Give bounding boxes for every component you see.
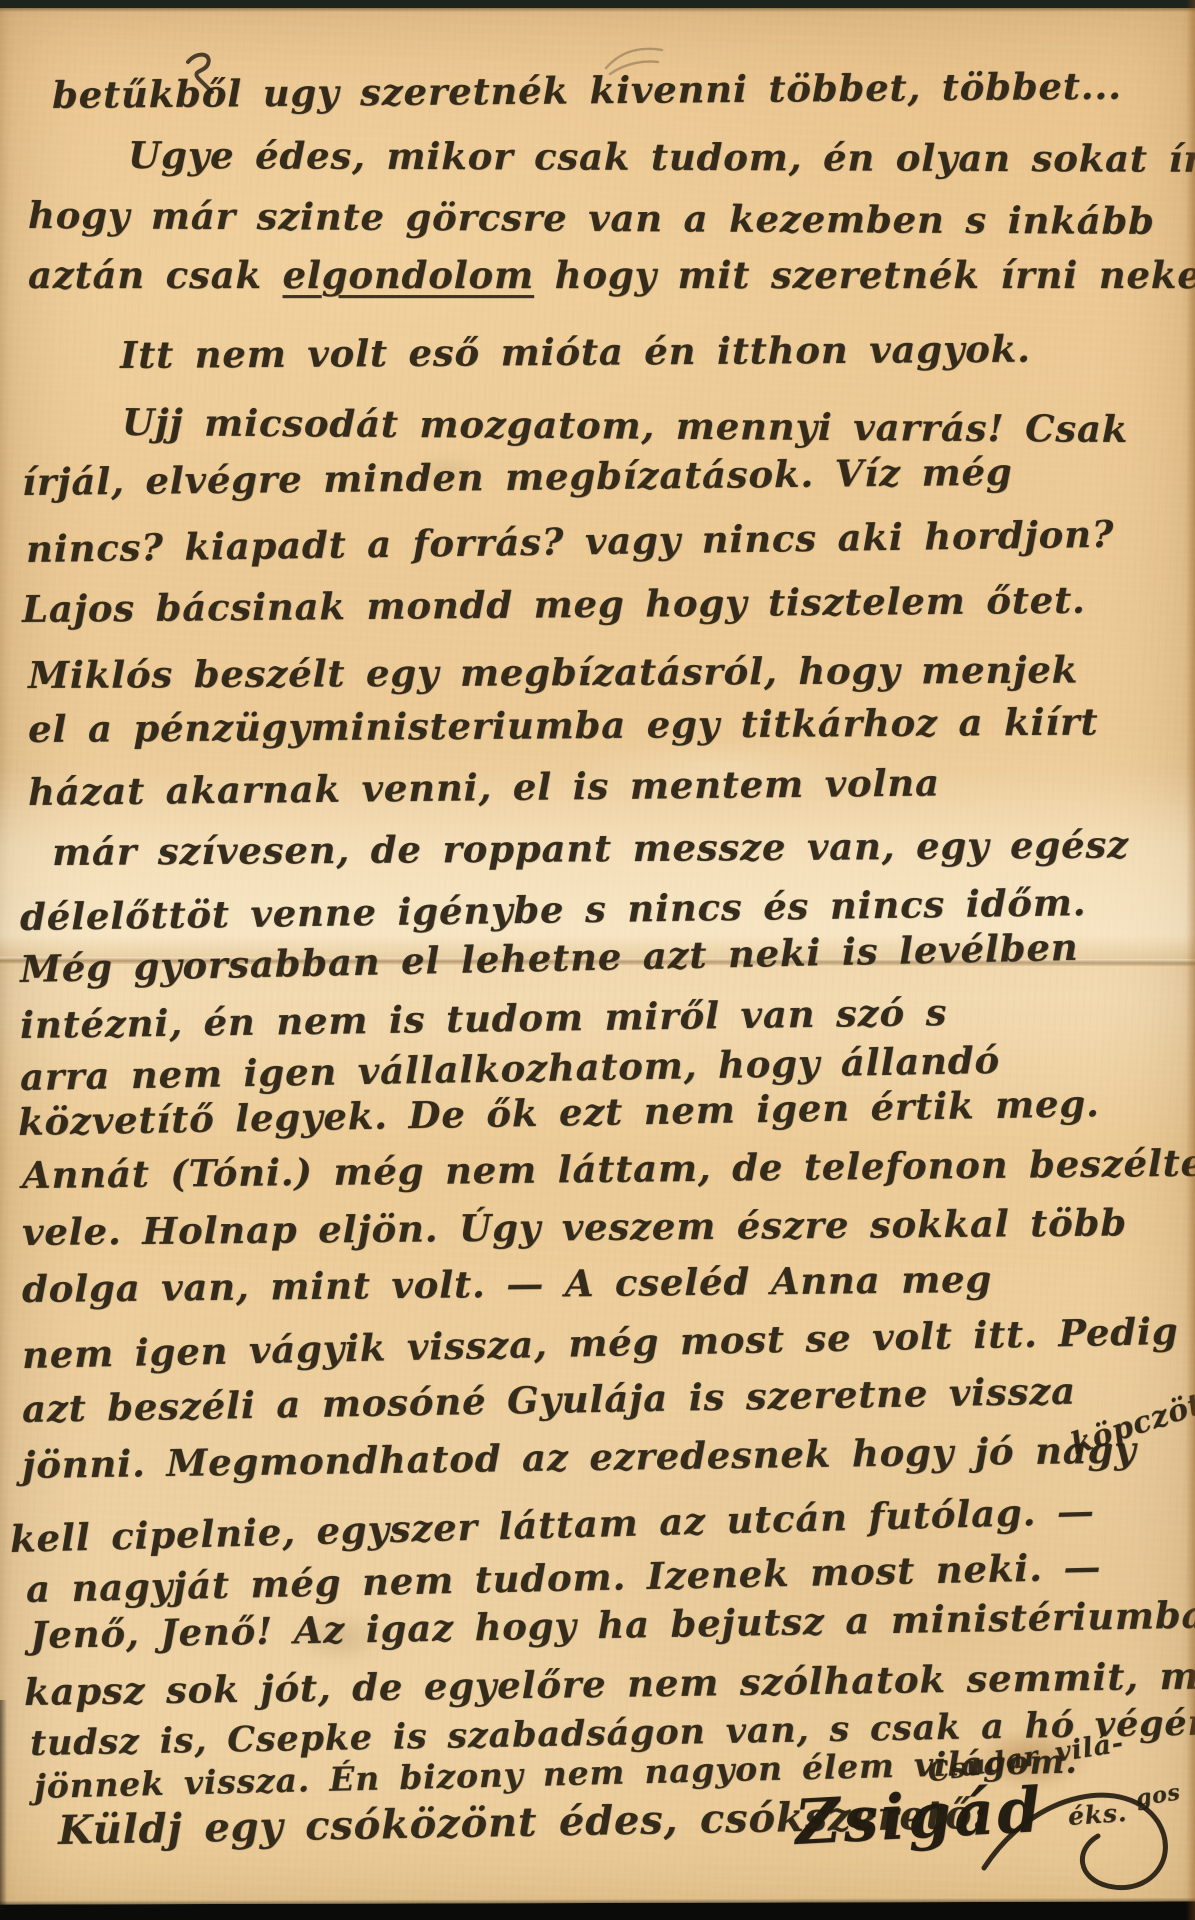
handwriting-line: írjál, elvégre minden megbízatások. Víz … [22, 450, 1013, 504]
scan-edge-left [0, 1700, 7, 1910]
handwriting-line: betűkből ugy szeretnék kivenni többet, t… [52, 64, 1122, 117]
handwriting-line: intézni, én nem is tudom miről van szó s [20, 990, 948, 1047]
handwriting-line: Lajos bácsinak mondd meg hogy tisztelem … [22, 578, 1086, 631]
scan-edge-top [0, 0, 1195, 8]
handwriting-line: Itt nem volt eső mióta én itthon vagyok. [120, 327, 1031, 377]
handwriting-line: azt beszéli a mosóné Gyulája is szeretne… [22, 1369, 1077, 1431]
scan-edge-bottom [0, 1901, 1195, 1920]
letter-page: betűkből ugy szeretnék kivenni többet, t… [0, 0, 1195, 1920]
handwriting-line: már szívesen, de roppant messze van, egy… [52, 822, 1129, 874]
handwriting-line: dolga van, mint volt. — A cseléd Anna me… [22, 1257, 993, 1311]
handwriting-line: hogy már szinte görcsre van a kezemben s… [28, 193, 1155, 243]
scan-edge-right [1186, 0, 1195, 1920]
handwriting-line: jönni. Megmondhatod az ezredesnek hogy j… [22, 1427, 1137, 1487]
handwriting-line: Ugye édes, mikor csak tudom, én olyan so… [128, 133, 1195, 181]
handwriting-line: el a pénzügyministeriumba egy titkárhoz … [28, 700, 1099, 751]
handwriting-line: nincs? kiapadt a forrás? vagy nincs aki … [26, 512, 1115, 571]
handwriting-line: Ujj micsodát mozgatom, mennyi varrás! Cs… [122, 400, 1128, 451]
handwriting-line: aztán csak elgondolom hogy mit szeretnék… [28, 253, 1195, 297]
handwriting-line: Annát (Tóni.) még nem láttam, de telefon… [22, 1140, 1195, 1197]
signature-flourish [978, 1772, 1193, 1912]
handwriting-line: Miklós beszélt egy megbízatásról, hogy m… [28, 648, 1078, 697]
handwriting-line: nem igen vágyik vissza, még most se volt… [22, 1309, 1179, 1377]
handwriting-line: vele. Holnap eljön. Úgy veszem észre sok… [22, 1200, 1127, 1254]
